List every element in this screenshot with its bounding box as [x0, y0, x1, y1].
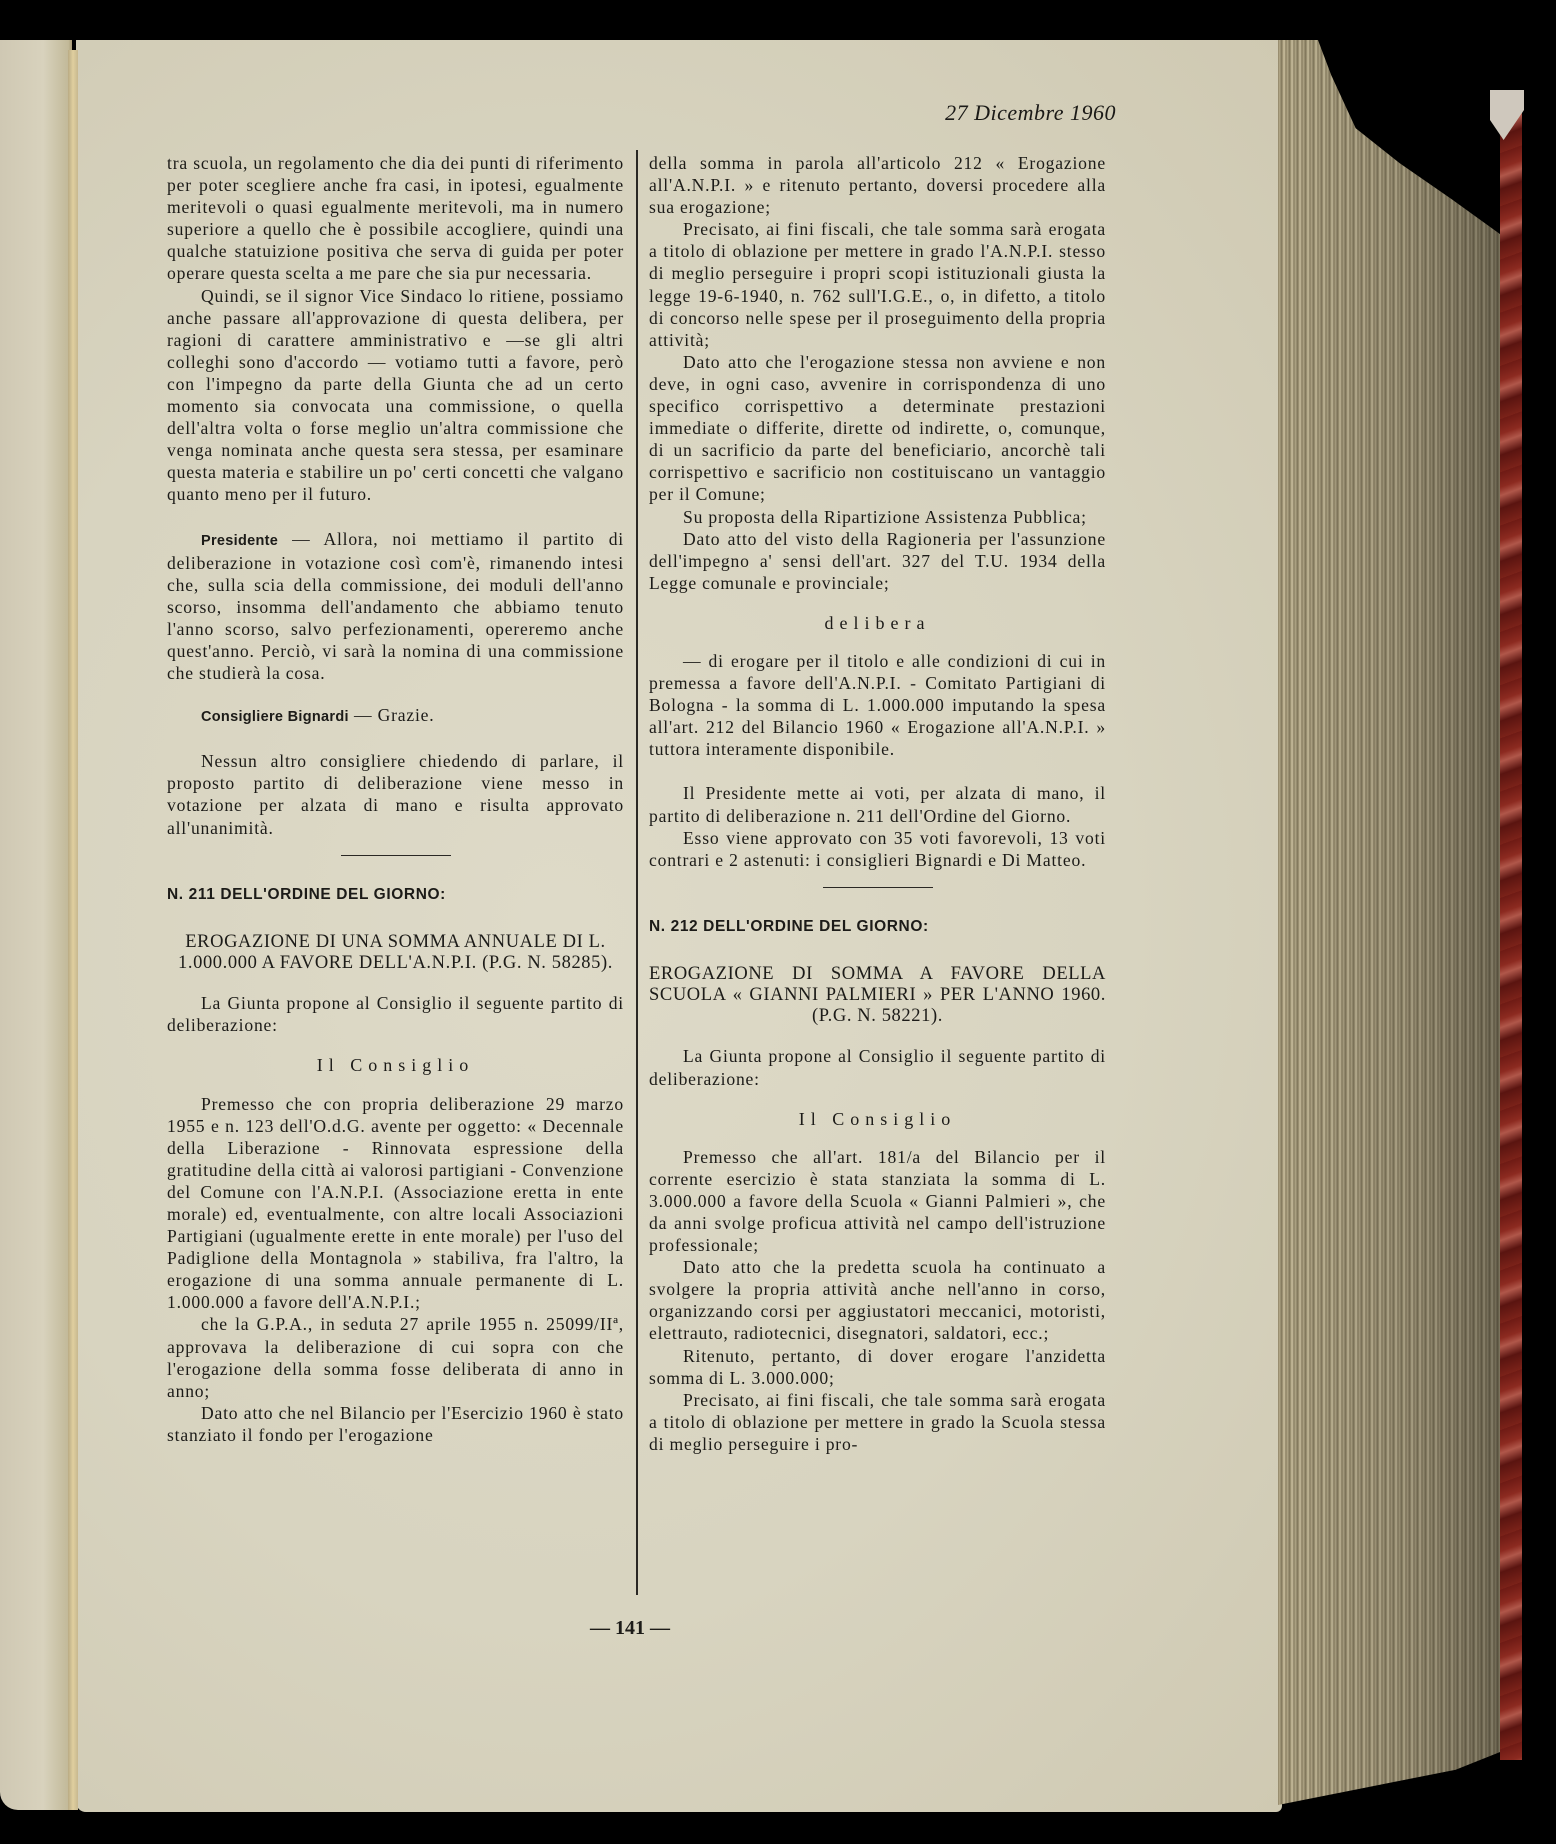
agenda-item-heading: N. 212 DELL'ORDINE DEL GIORNO: [649, 916, 1106, 938]
council-heading: Il Consiglio [649, 1108, 1106, 1130]
running-header-date: 27 Dicembre 1960 [900, 100, 1116, 126]
paragraph: tra scuola, un regolamento che dia dei p… [167, 152, 624, 285]
section-divider [823, 887, 933, 889]
page-edges-shadow [1278, 40, 1500, 1805]
speech-president: Presidente — Allora, noi mettiamo il par… [167, 528, 624, 685]
speaker-name: Presidente [201, 533, 278, 549]
paragraph: Precisato, ai fini fiscali, che tale som… [649, 1389, 1106, 1455]
previous-page-edge [0, 40, 72, 1810]
paragraph: che la G.P.A., in seduta 27 aprile 1955 … [167, 1313, 624, 1401]
paragraph: della somma in parola all'articolo 212 «… [649, 152, 1106, 218]
vote-result: Esso viene approvato con 35 voti favorev… [649, 827, 1106, 871]
speech-bignardi: Consigliere Bignardi — Grazie. [167, 704, 624, 728]
section-divider [341, 855, 451, 857]
agenda-item-title: EROGAZIONE DI UNA SOMMA ANNUALE DI L. 1.… [167, 932, 624, 974]
paragraph: La Giunta propone al Consiglio il seguen… [167, 992, 624, 1036]
paragraph: Premesso che con propria deliberazione 2… [167, 1093, 624, 1314]
delibera-heading: delibera [649, 612, 1106, 634]
paragraph: Su proposta della Ripartizione Assistenz… [649, 506, 1106, 528]
vote-result: Nessun altro consigliere chiedendo di pa… [167, 750, 624, 838]
paragraph: Precisato, ai fini fiscali, che tale som… [649, 218, 1106, 351]
paragraph: Dato atto del visto della Ragioneria per… [649, 528, 1106, 594]
paragraph: Dato atto che nel Bilancio per l'Eserciz… [167, 1402, 624, 1446]
paragraph: Ritenuto, pertanto, di dover erogare l'a… [649, 1345, 1106, 1389]
paragraph: Il Presidente mette ai voti, per alzata … [649, 782, 1106, 826]
paragraph: — di erogare per il titolo e alle condiz… [649, 650, 1106, 760]
paragraph: Dato atto che la predetta scuola ha cont… [649, 1256, 1106, 1344]
paragraph: Dato atto che l'erogazione stessa non av… [649, 351, 1106, 506]
speech-text: — Grazie. [349, 705, 435, 725]
marbled-cover [1500, 100, 1522, 1760]
left-column: tra scuola, un regolamento che dia dei p… [167, 152, 624, 1446]
page-number: — 141 — [570, 1617, 690, 1640]
book-gutter [68, 50, 78, 1810]
speaker-name: Consigliere Bignardi [201, 709, 349, 725]
paragraph: La Giunta propone al Consiglio il seguen… [649, 1045, 1106, 1089]
agenda-item-title: EROGAZIONE DI SOMMA A FAVORE DELLA SCUOL… [649, 964, 1106, 1027]
paragraph: Quindi, se il signor Vice Sindaco lo rit… [167, 285, 624, 506]
council-heading: Il Consiglio [167, 1054, 624, 1076]
paragraph: Premesso che all'art. 181/a del Bilancio… [649, 1146, 1106, 1256]
agenda-item-heading: N. 211 DELL'ORDINE DEL GIORNO: [167, 884, 624, 906]
right-column: della somma in parola all'articolo 212 «… [649, 152, 1106, 1455]
speech-text: — Allora, noi mettiamo il partito di del… [167, 529, 624, 684]
column-divider [636, 150, 638, 1595]
